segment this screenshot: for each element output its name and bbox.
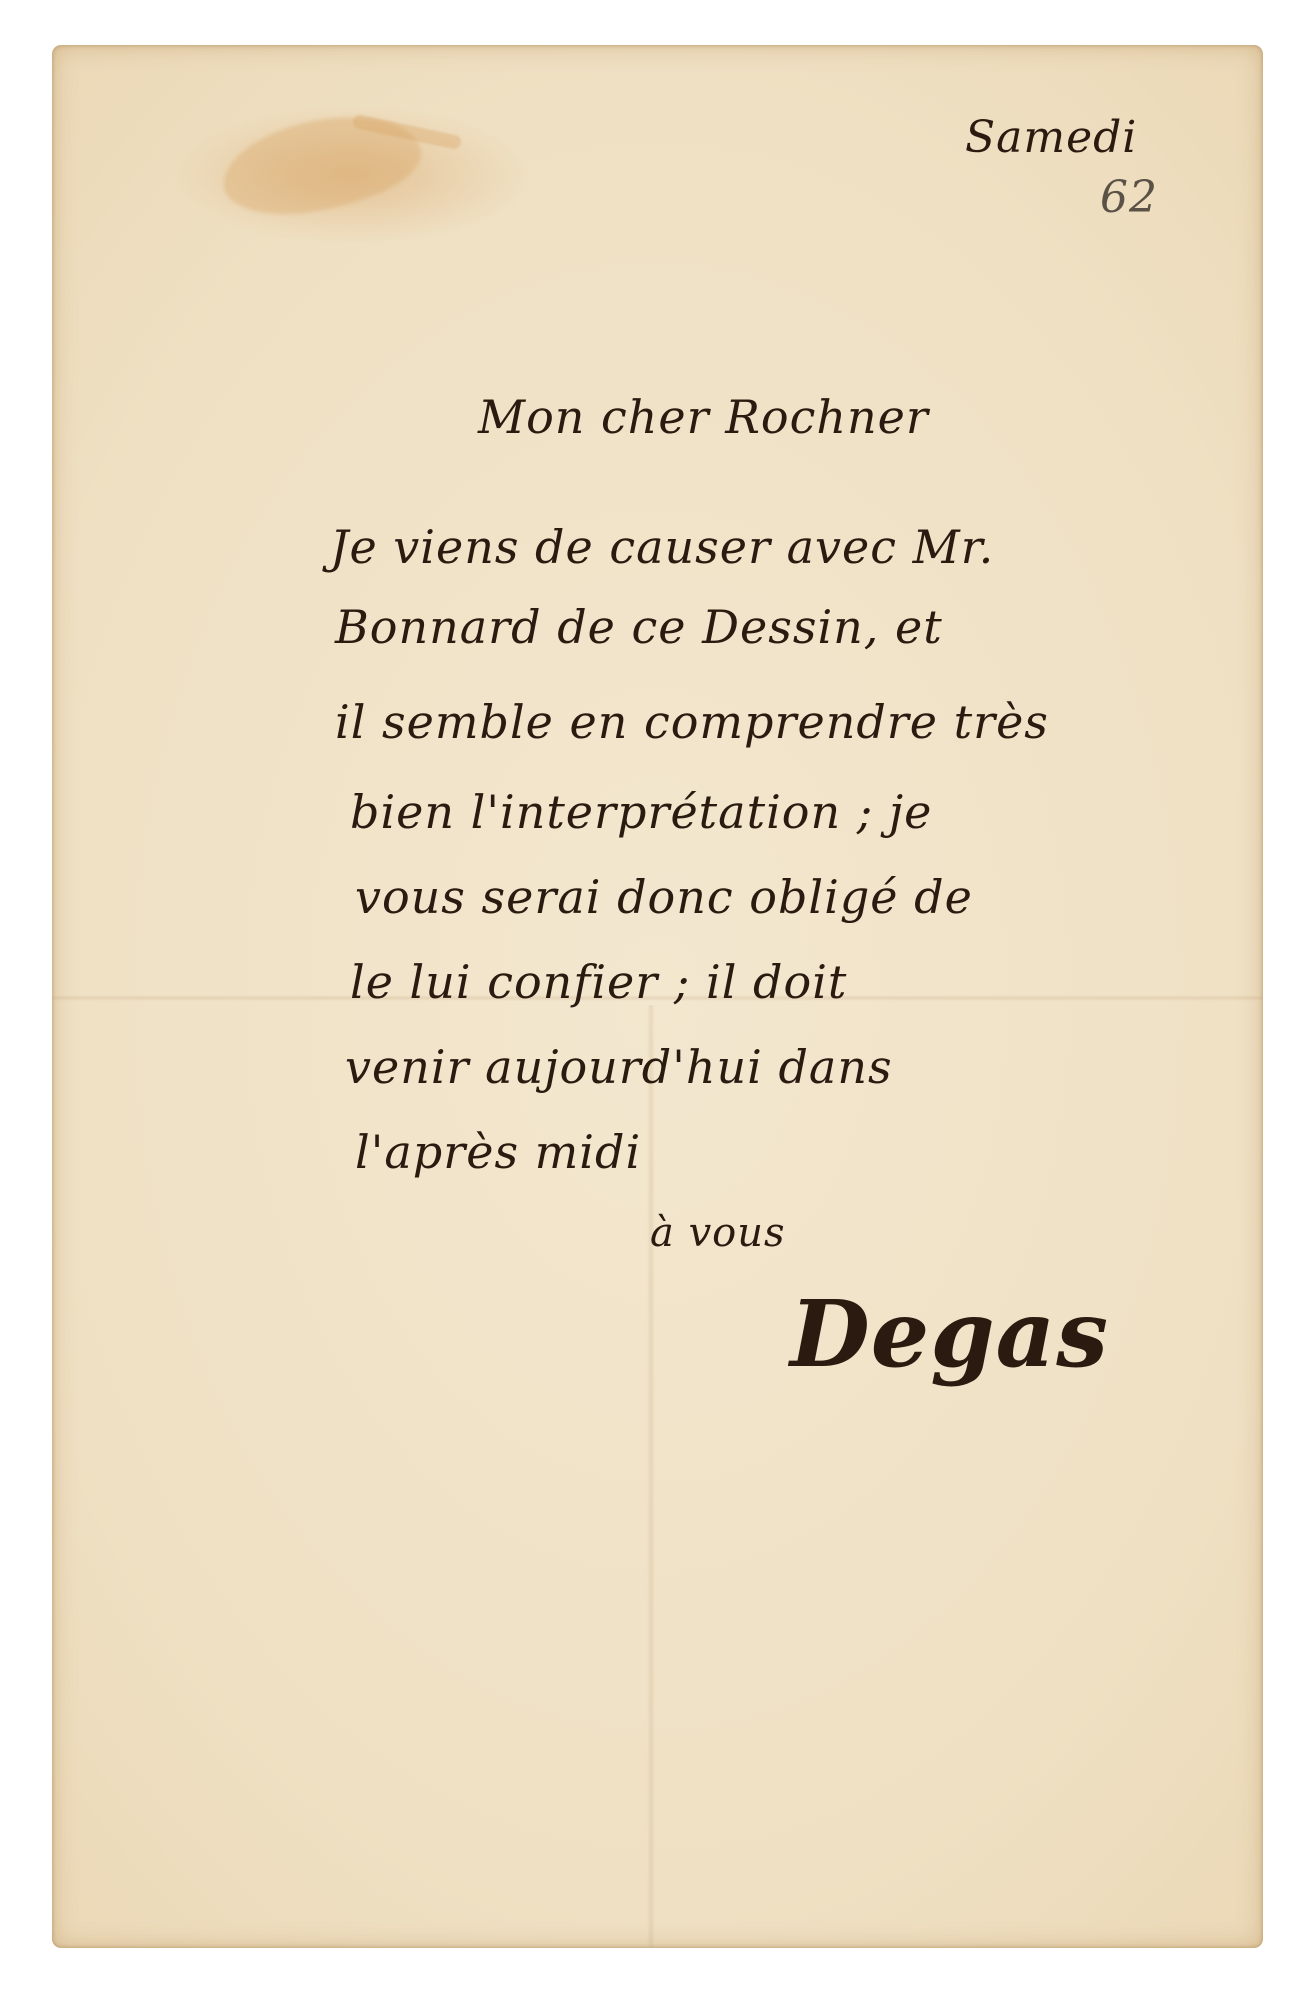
body-line-3: il semble en comprendre très — [335, 695, 1049, 749]
signature: Degas — [790, 1280, 1109, 1388]
body-line-1: Je viens de causer avec Mr. — [330, 520, 994, 574]
date-day: Samedi — [965, 112, 1137, 163]
body-line-7: venir aujourd'hui dans — [345, 1040, 893, 1094]
vertical-fold — [647, 1005, 655, 1948]
salutation: Mon cher Rochner — [478, 390, 929, 444]
body-line-8: l'après midi — [355, 1125, 641, 1179]
closing: à vous — [650, 1210, 786, 1256]
date-note: 62 — [1100, 172, 1158, 223]
body-line-2: Bonnard de ce Dessin, et — [335, 600, 943, 654]
body-line-5: vous serai donc obligé de — [355, 870, 973, 924]
body-line-6: le lui confier ; il doit — [350, 955, 847, 1009]
body-line-4: bien l'interprétation ; je — [350, 785, 932, 839]
